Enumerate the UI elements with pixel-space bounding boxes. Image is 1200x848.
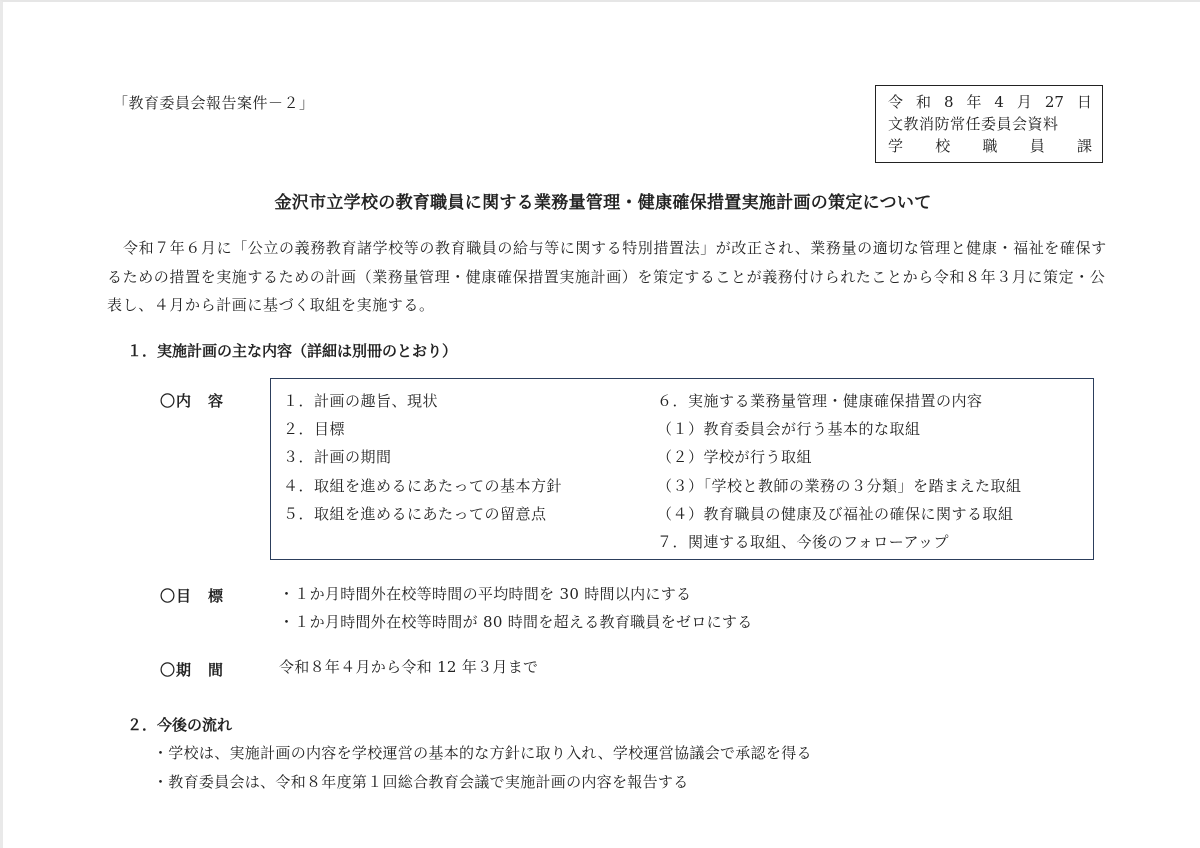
- stamp-date-part: 4: [994, 91, 1004, 113]
- stamp-dept-part: 学: [888, 135, 903, 157]
- stamp-date-part: 8: [944, 91, 954, 113]
- contents-item: ４．取組を進めるにあたっての基本方針: [283, 472, 562, 500]
- contents-box: １．計画の趣旨、現状 ２．目標 ３．計画の期間 ４．取組を進めるにあたっての基本…: [270, 378, 1094, 560]
- contents-label: 〇内 容: [160, 390, 224, 411]
- period-value: 令和８年４月から令和 12 年３月まで: [279, 653, 538, 681]
- stamp-dept-part: 員: [1030, 135, 1045, 157]
- document-page: 「教育委員会報告案件－２」 令 和 8 年 4 月 27 日 文教消防常任委員会…: [0, 0, 1200, 848]
- contents-item: ７．関連する取組、今後のフォローアップ: [657, 528, 1022, 556]
- stamp-date-part: 和: [916, 91, 931, 113]
- stamp-committee: 文教消防常任委員会資料: [888, 113, 1092, 135]
- contents-right-column: ６．実施する業務量管理・健康確保措置の内容 （１）教育委員会が行う基本的な取組 …: [657, 387, 1022, 556]
- goals-label: 〇目 標: [160, 585, 224, 606]
- stamp-date: 令 和 8 年 4 月 27 日: [888, 91, 1092, 113]
- stamp-committee-text: 文教消防常任委員会資料: [888, 113, 1059, 135]
- stamp-date-part: 令: [888, 91, 903, 113]
- flow-item: ・教育委員会は、令和８年度第１回総合教育会議で実施計画の内容を報告する: [153, 768, 689, 796]
- goal-item: ・１か月時間外在校等時間の平均時間を 30 時間以内にする: [279, 580, 691, 608]
- flow-item: ・学校は、実施計画の内容を学校運営の基本的な方針に取り入れ、学校運営協議会で承認…: [153, 739, 812, 767]
- contents-item: １．計画の趣旨、現状: [283, 387, 562, 415]
- contents-item: ２．目標: [283, 415, 562, 443]
- goal-item: ・１か月時間外在校等時間が 80 時間を超える教育職員をゼロにする: [279, 608, 753, 636]
- stamp-dept-part: 職: [982, 135, 997, 157]
- section2-heading: ２．今後の流れ: [127, 714, 232, 735]
- case-label: 「教育委員会報告案件－２」: [113, 92, 315, 113]
- contents-item: ６．実施する業務量管理・健康確保措置の内容: [657, 387, 1022, 415]
- intro-text: 令和７年６月に「公立の義務教育諸学校等の教育職員の給与等に関する特別措置法」が改…: [107, 239, 1107, 314]
- stamp-date-part: 月: [1017, 91, 1032, 113]
- contents-item: （１）教育委員会が行う基本的な取組: [657, 415, 1022, 443]
- stamp-date-part: 日: [1077, 91, 1092, 113]
- contents-item: （３）「学校と教師の業務の３分類」を踏まえた取組: [657, 472, 1022, 500]
- stamp-date-part: 年: [966, 91, 981, 113]
- section1-heading: １．実施計画の主な内容（詳細は別冊のとおり）: [127, 340, 457, 361]
- stamp-date-part: 27: [1045, 91, 1064, 113]
- stamp-dept-part: 課: [1077, 135, 1092, 157]
- document-stamp-box: 令 和 8 年 4 月 27 日 文教消防常任委員会資料 学 校 職 員 課: [875, 85, 1103, 163]
- contents-left-column: １．計画の趣旨、現状 ２．目標 ３．計画の期間 ４．取組を進めるにあたっての基本…: [283, 387, 562, 528]
- stamp-department: 学 校 職 員 課: [888, 135, 1092, 157]
- contents-item: （４）教育職員の健康及び福祉の確保に関する取組: [657, 500, 1022, 528]
- document-title: 金沢市立学校の教育職員に関する業務量管理・健康確保措置実施計画の策定について: [3, 188, 1200, 213]
- stamp-dept-part: 校: [935, 135, 950, 157]
- intro-paragraph: 令和７年６月に「公立の義務教育諸学校等の教育職員の給与等に関する特別措置法」が改…: [107, 234, 1107, 320]
- contents-item: ５．取組を進めるにあたっての留意点: [283, 500, 562, 528]
- contents-item: ３．計画の期間: [283, 443, 562, 471]
- period-label: 〇期 間: [160, 659, 224, 680]
- contents-item: （２）学校が行う取組: [657, 443, 1022, 471]
